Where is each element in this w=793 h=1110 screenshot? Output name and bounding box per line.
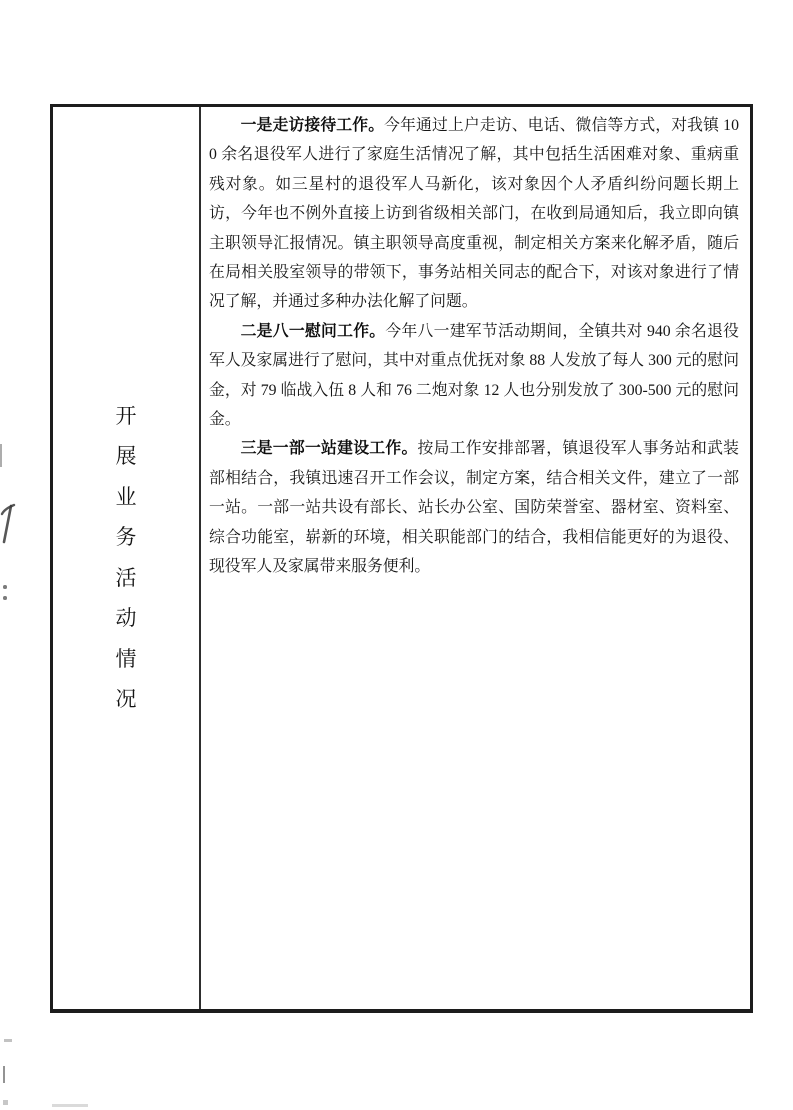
row-header-vertical-text: 开展业务活动情况 — [116, 406, 137, 711]
scan-artifact-edge-line — [0, 444, 2, 467]
row-header-char: 展 — [116, 446, 137, 467]
row-header-cell: 开展业务活动情况 — [53, 107, 201, 1009]
scan-artifact-tick — [3, 1066, 5, 1083]
scan-artifact-handwriting-stroke — [0, 502, 16, 546]
scan-artifact-smudge — [52, 1104, 88, 1107]
row-header-char: 活 — [116, 568, 137, 589]
content-cell: 一是走访接待工作。今年通过上户走访、电话、微信等方式，对我镇 100 余名退役军… — [201, 107, 750, 1009]
row-header-char: 动 — [116, 608, 137, 629]
paragraph-heading: 三是一部一站建设工作。 — [241, 440, 418, 457]
report-paragraph: 二是八一慰问工作。今年八一建军节活动期间，全镇共对 940 余名退役军人及家属进… — [209, 317, 739, 435]
scanned-document-page: 开展业务活动情况 一是走访接待工作。今年通过上户走访、电话、微信等方式，对我镇 … — [0, 0, 793, 1110]
scan-artifact-dot — [3, 1100, 8, 1105]
row-header-char: 开 — [116, 406, 137, 427]
paragraph-heading: 一是走访接待工作。 — [241, 117, 385, 134]
report-table: 开展业务活动情况 一是走访接待工作。今年通过上户走访、电话、微信等方式，对我镇 … — [50, 104, 753, 1013]
paragraph-body: 今年通过上户走访、电话、微信等方式，对我镇 100 余名退役军人进行了家庭生活情… — [209, 117, 739, 310]
paragraph-body: 按局工作安排部署，镇退役军人事务站和武装部相结合，我镇迅速召开工作会议，制定方案… — [209, 440, 739, 575]
row-header-char: 务 — [116, 527, 137, 548]
row-header-char: 情 — [116, 649, 137, 670]
scan-artifact-dot — [3, 596, 7, 600]
report-paragraphs: 一是走访接待工作。今年通过上户走访、电话、微信等方式，对我镇 100 余名退役军… — [209, 111, 739, 582]
row-header-char: 况 — [116, 689, 137, 710]
scan-artifact-dash — [4, 1039, 12, 1042]
scan-artifact-dot — [3, 585, 7, 589]
report-paragraph: 三是一部一站建设工作。按局工作安排部署，镇退役军人事务站和武装部相结合，我镇迅速… — [209, 434, 739, 581]
report-paragraph: 一是走访接待工作。今年通过上户走访、电话、微信等方式，对我镇 100 余名退役军… — [209, 111, 739, 317]
row-header-char: 业 — [116, 487, 137, 508]
paragraph-heading: 二是八一慰问工作。 — [241, 323, 386, 340]
